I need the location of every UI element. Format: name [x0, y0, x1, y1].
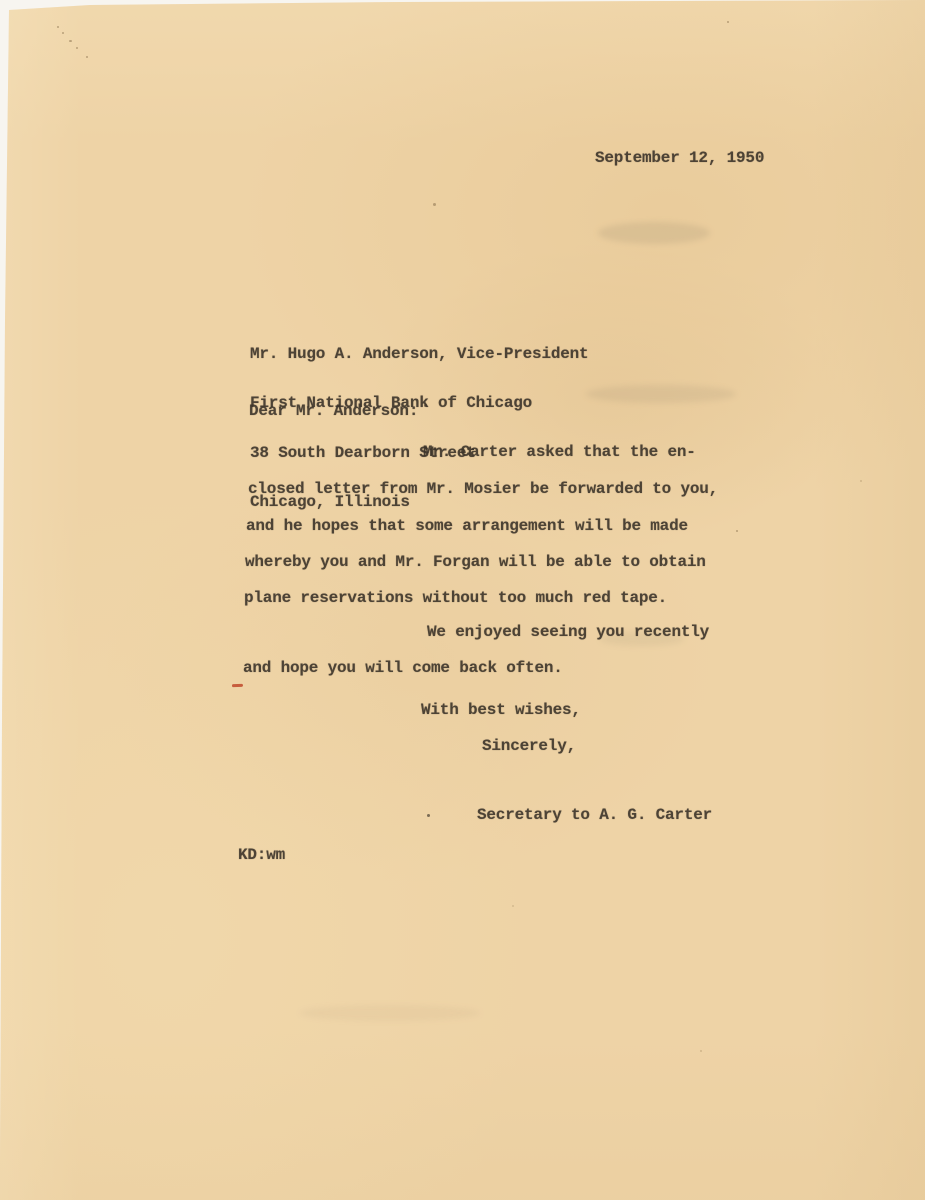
body-line: whereby you and Mr. Forgan will be able … — [245, 554, 706, 570]
body-line: and he hopes that some arrangement will … — [246, 518, 688, 534]
date-line: September 12, 1950 — [595, 150, 764, 166]
salutation-line: Dear Mr. Anderson: — [249, 403, 418, 419]
stray-ink-dot — [427, 814, 430, 817]
smudge-patch — [598, 222, 710, 244]
typist-initials-line: KD:wm — [238, 847, 285, 863]
paper-speck — [736, 530, 738, 532]
recipient-name-line: Mr. Hugo A. Anderson, Vice-President — [250, 346, 588, 362]
paper-speck — [86, 56, 88, 58]
paper-speck — [727, 21, 729, 23]
letter-paper: September 12, 1950 Mr. Hugo A. Anderson,… — [0, 0, 925, 1200]
paper-speck — [62, 32, 64, 34]
body-line: plane reservations without too much red … — [244, 590, 667, 606]
signature-title-line: Secretary to A. G. Carter — [477, 807, 712, 823]
smudge-patch — [586, 385, 736, 403]
recipient-address-block: Mr. Hugo A. Anderson, Vice-President Fir… — [250, 314, 588, 544]
paper-speck — [69, 40, 72, 42]
body-line: We enjoyed seeing you recently — [427, 624, 709, 640]
closing-line: Sincerely, — [482, 738, 576, 754]
paper-speck — [433, 203, 436, 206]
paper-speck — [860, 480, 862, 482]
smudge-patch — [300, 1005, 480, 1021]
paper-speck — [57, 26, 59, 28]
paper-speck — [76, 47, 78, 49]
body-line: closed letter from Mr. Mosier be forward… — [248, 481, 718, 497]
closing-line: With best wishes, — [421, 702, 581, 718]
paper-speck — [512, 905, 514, 907]
body-line: Mr. Carter asked that the en- — [423, 444, 696, 460]
body-line: and hope you will come back often. — [243, 660, 563, 676]
red-pencil-mark — [232, 684, 243, 687]
paper-speck — [700, 1050, 702, 1052]
